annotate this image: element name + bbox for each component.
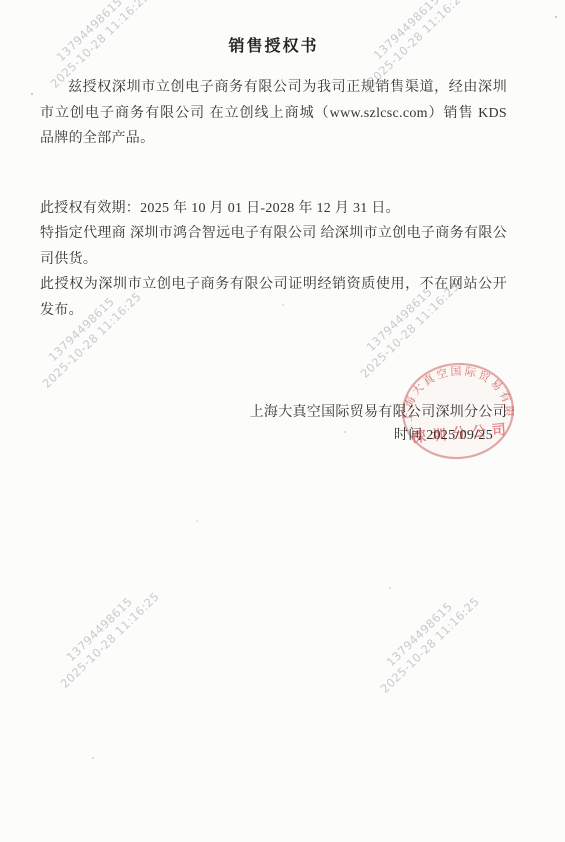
validity-period-line: 此授权有效期：2025 年 10 月 01 日-2028 年 12 月 31 日… (40, 196, 507, 222)
scanned-authorization-letter-page: 13794498615 2025-10-28 11:16:25 13794498… (0, 0, 565, 842)
watermark-timestamp: 2025-10-28 11:16:25 (371, 588, 489, 703)
paper-specks (0, 0, 2, 2)
signature-date-line: 时间 2025/09/25 (40, 424, 507, 447)
watermark-timestamp: 2025-10-28 11:16:25 (51, 583, 169, 698)
signature-company-name: 上海大真空国际贸易有限公司深圳分公司 (40, 401, 507, 424)
watermark-phone-date: 13794498615 2025-10-28 11:16:25 (41, 572, 170, 698)
designated-agent-line: 特指定代理商 深圳市鸿合智远电子有限公司 给深圳市立创电子商务有限公司供货。 (40, 221, 507, 272)
watermark-phone-date: 13794498615 2025-10-28 11:16:25 (361, 577, 490, 703)
usage-restriction-line: 此授权为深圳市立创电子商务有限公司证明经销资质使用，不在网站公开发布。 (40, 272, 507, 323)
letter-body: 销售授权书 兹授权深圳市立创电子商务有限公司为我司正规销售渠道，经由深圳市立创电… (40, 36, 507, 447)
watermark-phone: 13794498615 (41, 572, 159, 687)
authorization-paragraph: 兹授权深圳市立创电子商务有限公司为我司正规销售渠道，经由深圳市立创电子商务有限公… (40, 75, 507, 152)
document-title: 销售授权书 (40, 36, 507, 58)
clauses-block: 此授权有效期：2025 年 10 月 01 日-2028 年 12 月 31 日… (40, 196, 507, 324)
watermark-phone: 13794498615 (361, 577, 479, 692)
signature-block: 上海大真空国际贸易有限公司深圳分公司 时间 2025/09/25 (40, 401, 507, 447)
